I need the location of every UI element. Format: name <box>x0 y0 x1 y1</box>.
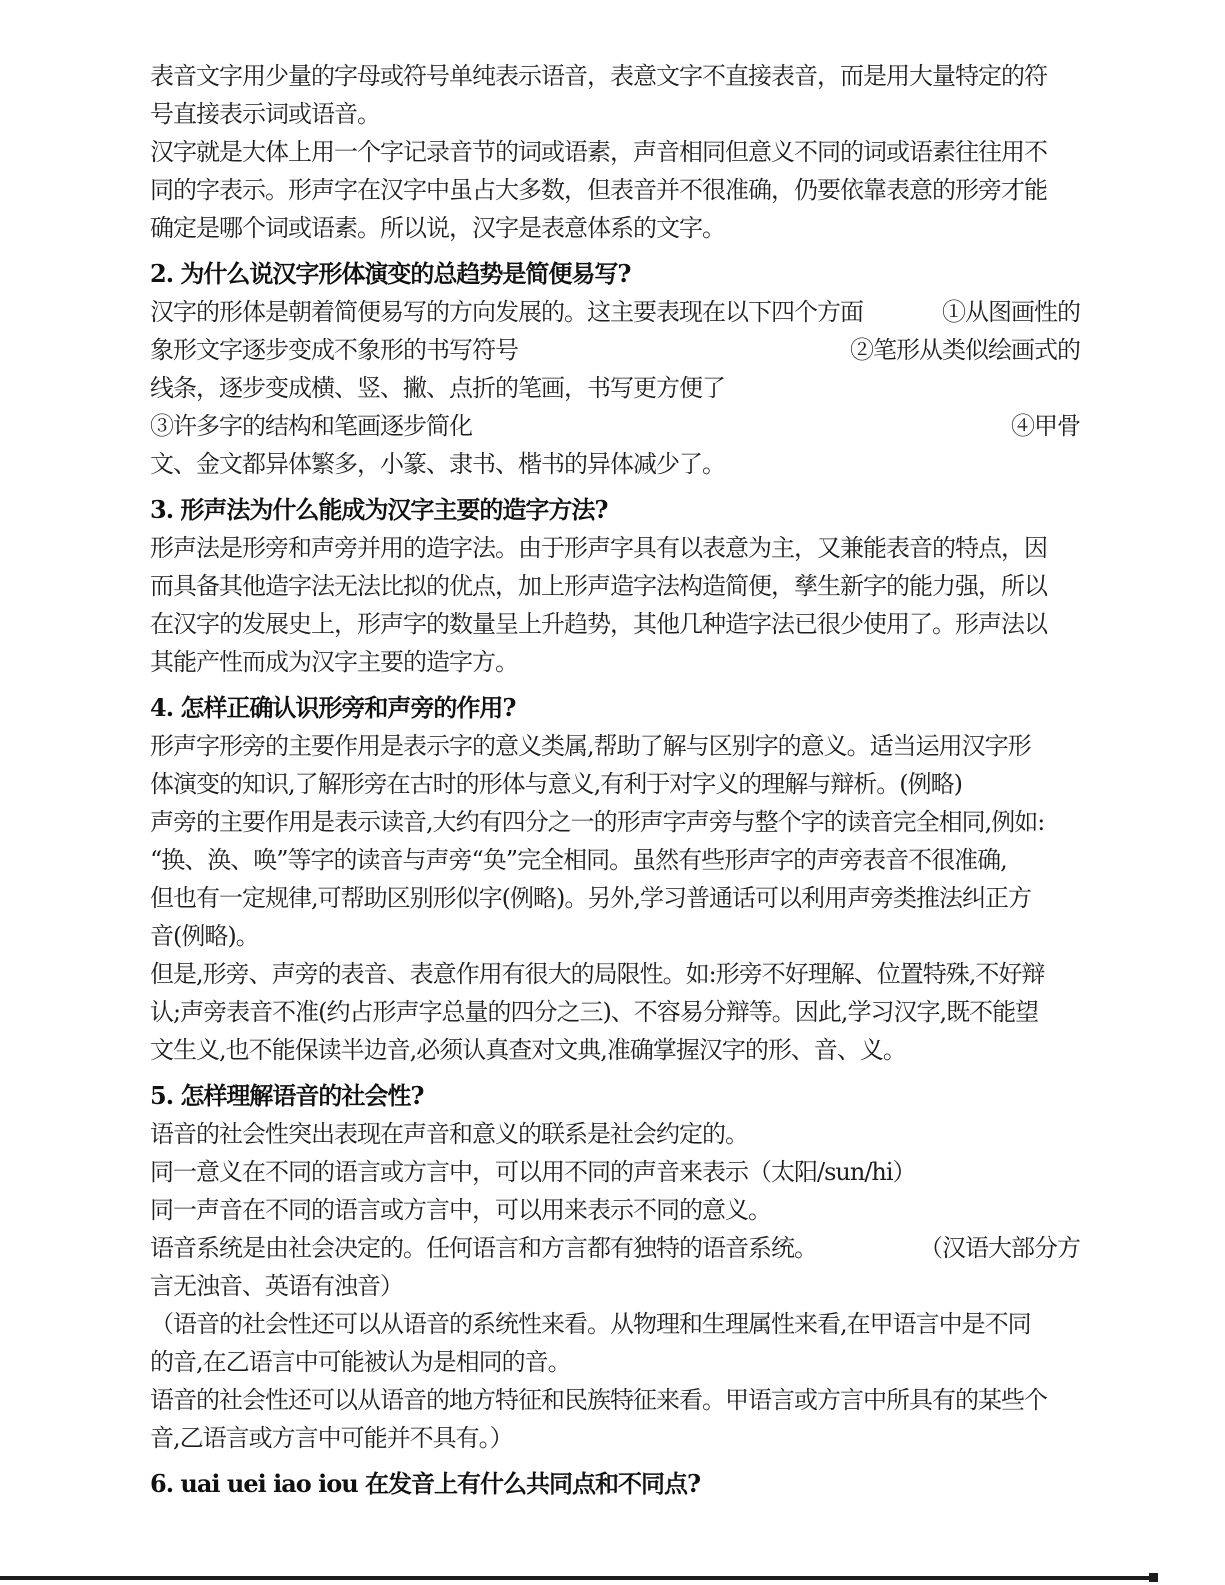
paragraph-line: 汉字就是大体上用一个字记录音节的词或语素，声音相同但意义不同的词或语素往往用不 <box>150 133 1080 171</box>
paragraph-line: 体演变的知识,了解形旁在古时的形体与意义,有利于对字义的理解与辩析。(例略) <box>150 765 1080 803</box>
paragraph-line: 音,乙语言或方言中可能并不具有。） <box>150 1419 1080 1457</box>
paragraph-line: 表音文字用少量的字母或符号单纯表示语音，表意文字不直接表音，而是用大量特定的符 <box>150 57 1080 95</box>
line-right-segment: ②笔形从类似绘画式的 <box>850 331 1080 369</box>
document-page: 表音文字用少量的字母或符号单纯表示语音，表意文字不直接表音，而是用大量特定的符号… <box>0 0 1225 1585</box>
paragraph-line: 语音的社会性还可以从语音的地方特征和民族特征来看。甲语言或方言中所具有的某些个 <box>150 1381 1080 1419</box>
paragraph-line: 声旁的主要作用是表示读音,大约有四分之一的形声字声旁与整个字的读音完全相同,例如… <box>150 803 1080 841</box>
paragraph-line: 在汉字的发展史上，形声字的数量呈上升趋势，其他几种造字法已很少使用了。形声法以 <box>150 605 1080 643</box>
paragraph-line: 音(例略)。 <box>150 917 1080 955</box>
paragraph-line: 确定是哪个词或语素。所以说，汉字是表意体系的文字。 <box>150 209 1080 247</box>
question-heading: 4. 怎样正确认识形旁和声旁的作用? <box>150 689 1080 727</box>
question-heading: 2. 为什么说汉字形体演变的总趋势是简便易写? <box>150 255 1080 293</box>
paragraph-line: 但是,形旁、声旁的表音、表意作用有很大的局限性。如:形旁不好理解、位置特殊,不好… <box>150 955 1080 993</box>
line-right-segment: ④甲骨 <box>1011 407 1080 445</box>
paragraph-line: 同的字表示。形声字在汉字中虽占大多数，但表音并不很准确，仍要依靠表意的形旁才能 <box>150 171 1080 209</box>
paragraph-line: 的音,在乙语言中可能被认为是相同的音。 <box>150 1343 1080 1381</box>
document-text-block: 表音文字用少量的字母或符号单纯表示语音，表意文字不直接表音，而是用大量特定的符号… <box>150 57 1080 1503</box>
line-right-segment: （汉语大部分方 <box>919 1229 1080 1267</box>
paragraph-line: 言无浊音、英语有浊音） <box>150 1267 1080 1305</box>
paragraph-line: 同一意义在不同的语言或方言中，可以用不同的声音来表示（太阳/sun/hi） <box>150 1153 1080 1191</box>
paragraph-line: 语音系统是由社会决定的。任何语言和方言都有独特的语音系统。（汉语大部分方 <box>150 1229 1080 1267</box>
paragraph-line: 同一声音在不同的语言或方言中，可以用来表示不同的意义。 <box>150 1191 1080 1229</box>
paragraph-line: 文生义,也不能保读半边音,必须认真查对文典,准确掌握汉字的形、音、义。 <box>150 1031 1080 1069</box>
line-right-segment: ①从图画性的 <box>942 293 1080 331</box>
paragraph-line: 认;声旁表音不准(约占形声字总量的四分之三)、不容易分辩等。因此,学习汉字,既不… <box>150 993 1080 1031</box>
paragraph-line: 而具备其他造字法无法比拟的优点，加上形声造字法构造简便，孳生新字的能力强，所以 <box>150 567 1080 605</box>
paragraph-line: 但也有一定规律,可帮助区别形似字(例略)。另外,学习普通话可以利用声旁类推法纠正… <box>150 879 1080 917</box>
paragraph-line: 文、金文都异体繁多，小篆、隶书、楷书的异体减少了。 <box>150 445 1080 483</box>
paragraph-line: 号直接表示词或语音。 <box>150 95 1080 133</box>
paragraph-line: 汉字的形体是朝着简便易写的方向发展的。这主要表现在以下四个方面①从图画性的 <box>150 293 1080 331</box>
question-heading: 5. 怎样理解语音的社会性? <box>150 1077 1080 1115</box>
line-left-segment: 汉字的形体是朝着简便易写的方向发展的。这主要表现在以下四个方面 <box>150 293 863 331</box>
paragraph-line: 形声字形旁的主要作用是表示字的意义类属,帮助了解与区别字的意义。适当运用汉字形 <box>150 727 1080 765</box>
line-left-segment: 语音系统是由社会决定的。任何语言和方言都有独特的语音系统。 <box>150 1229 817 1267</box>
paragraph-line: ③许多字的结构和笔画逐步简化④甲骨 <box>150 407 1080 445</box>
line-left-segment: 象形文字逐步变成不象形的书写符号 <box>150 331 518 369</box>
paragraph-line: 其能产性而成为汉字主要的造字方。 <box>150 643 1080 681</box>
paragraph-line: 象形文字逐步变成不象形的书写符号②笔形从类似绘画式的 <box>150 331 1080 369</box>
paragraph-line: 线条，逐步变成横、竖、撇、点折的笔画，书写更方便了 <box>150 369 1080 407</box>
paragraph-line: “换、涣、唤”等字的读音与声旁“奂”完全相同。虽然有些形声字的声旁表音不很准确, <box>150 841 1080 879</box>
line-left-segment: ③许多字的结构和笔画逐步简化 <box>150 407 472 445</box>
bottom-page-rule <box>0 1576 1158 1580</box>
bottom-rule-endcap <box>1149 1573 1158 1582</box>
question-heading: 6. uai uei iao iou 在发音上有什么共同点和不同点? <box>150 1465 1080 1503</box>
paragraph-line: 语音的社会性突出表现在声音和意义的联系是社会约定的。 <box>150 1115 1080 1153</box>
question-heading: 3. 形声法为什么能成为汉字主要的造字方法? <box>150 491 1080 529</box>
paragraph-line: 形声法是形旁和声旁并用的造字法。由于形声字具有以表意为主，又兼能表音的特点，因 <box>150 529 1080 567</box>
paragraph-line: （语音的社会性还可以从语音的系统性来看。从物理和生理属性来看,在甲语言中是不同 <box>150 1305 1080 1343</box>
